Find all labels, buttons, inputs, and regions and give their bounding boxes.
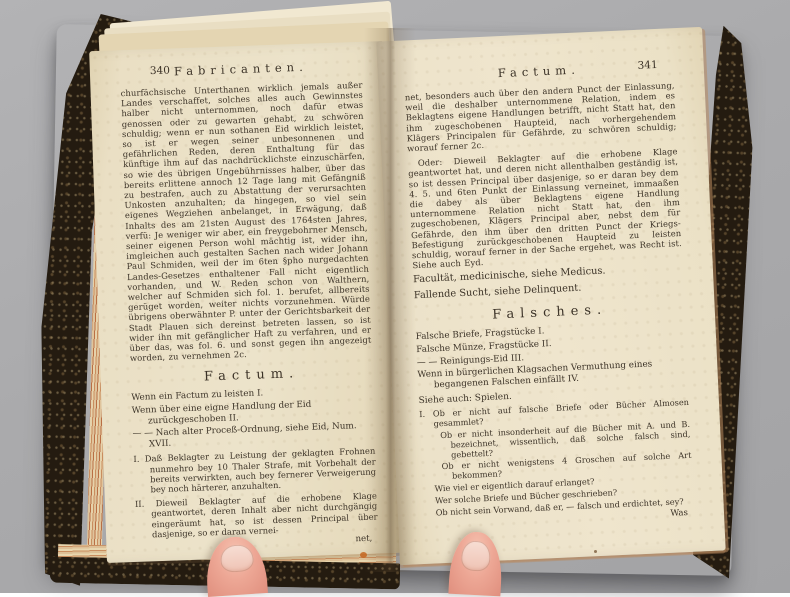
item-number: I. [133,454,139,464]
numbered-item: I. Daß Beklagter zu Leistung der geklagt… [133,446,376,495]
book: 340 Fabricanten. churfächsische Untertha… [0,0,790,593]
left-page-header: 340 Fabricanten. [120,58,362,82]
section-heading-factum: Factum. [130,364,372,387]
running-header: Fabricanten. [120,58,362,80]
item-text: Daß Beklagter zu Leistung der geklagten … [145,446,377,494]
foxing-spot [360,552,367,558]
right-page: Factum. 341 net, besonders auch über den… [376,27,725,565]
page-number: 341 [637,59,658,72]
continuation-paragraph: net, besonders auch über den andern Punc… [405,80,677,153]
item-text: Dieweil Beklagter auf die erhobene Klage… [151,491,378,539]
oder-paragraph: Oder: Dieweil Beklagter auf die erhobene… [408,146,683,270]
running-header: Factum. [404,58,674,84]
left-page: 340 Fabricanten. churfächsische Untertha… [89,41,401,563]
fingernail [220,544,255,573]
body-paragraph: churfächsische Unterthanen wirklich jema… [120,80,371,364]
foxing-spot [594,550,597,553]
fingernail [461,540,492,571]
item-number: II. [135,499,145,509]
studio-background: 340 Fabricanten. churfächsische Untertha… [0,0,790,593]
item-number: I. [419,409,425,419]
numbered-item: II. Dieweil Beklagter auf die erhobene K… [135,491,378,540]
